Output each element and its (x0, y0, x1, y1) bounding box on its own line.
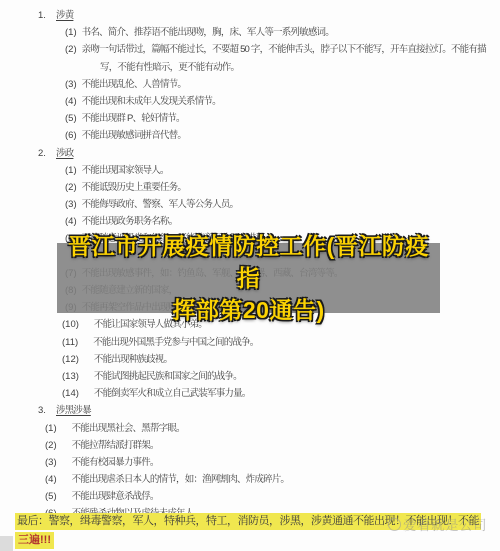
list-item: (3)不能有校园暴力事件。 (0, 454, 500, 471)
section-number: 1. (38, 7, 56, 24)
list-item: (1)不能出现国家领导人。 (0, 162, 500, 179)
watermark-text: 爱看就是公司 (403, 514, 487, 534)
item-number: (4) (45, 471, 57, 488)
item-number: (10) (62, 316, 79, 333)
article-title-overlay: 晋江市开展疫情防控工作(晋江防疫指 挥部第20通告) (57, 243, 440, 313)
watermark: 爱看就是公司 (388, 514, 487, 534)
item-number: (3) (65, 76, 77, 93)
list-item: (5)不能出现肆意杀战俘。 (0, 488, 500, 505)
list-item: (2)不能拉帮结派打群架。 (0, 437, 500, 454)
list-item: (4)不能出现虐杀日本人的情节，如：渔网割肉、炸成碎片。 (0, 471, 500, 488)
section-number: 3. (38, 402, 56, 419)
list-item: (13)不能试图挑起民族和国家之间的战争。 (0, 368, 500, 385)
section-number: 2. (38, 145, 56, 162)
section-header: 1.涉黄 (0, 7, 500, 24)
item-number: (1) (65, 162, 77, 179)
item-text: 不能出现政务职务名称。 (82, 216, 178, 227)
item-text: 不能拉帮结派打群架。 (72, 440, 159, 451)
item-text: 不能出现国家领导人。 (82, 165, 169, 176)
item-text: 不能出现敏感词拼音代替。 (82, 130, 186, 141)
item-number: (5) (45, 488, 57, 505)
item-text: 不能出现黑社会、黑帮字眼。 (72, 423, 185, 434)
section-header: 3.涉黑涉暴 (0, 402, 500, 419)
list-item: 写，不能有性暗示，更不能有动作。 (0, 59, 500, 76)
item-text: 不能出现肆意杀战俘。 (72, 491, 159, 502)
item-number: (2) (65, 179, 77, 196)
list-item: (5)不能出现群 P、轮奸情节。 (0, 110, 500, 127)
list-item: (1)书名、简介、推荐语不能出现吻，胸，床、军人等一系列敏感词。 (0, 24, 500, 41)
item-text: 不能有校园暴力事件。 (72, 457, 159, 468)
item-number: (1) (65, 24, 77, 41)
item-text: 书名、简介、推荐语不能出现吻，胸，床、军人等一系列敏感词。 (82, 27, 334, 38)
list-item: (4)不能出现和未成年人发现关系情节。 (0, 93, 500, 110)
item-number: (12) (62, 351, 79, 368)
list-item: (2)亲吻一句话带过，篇幅不能过长，不要超 50 字，不能伸舌头，脖子以下不能写… (0, 41, 500, 58)
corner-artifact (0, 536, 13, 551)
list-item: (12)不能出现种族歧视。 (0, 351, 500, 368)
watermark-logo-icon (388, 518, 401, 531)
item-text: 不能出现虐杀日本人的情节，如：渔网割肉、炸成碎片。 (72, 474, 290, 485)
document-page: 1.涉黄(1)书名、简介、推荐语不能出现吻，胸，床、军人等一系列敏感词。(2)亲… (0, 0, 500, 551)
item-text-continuation: 写，不能有性暗示，更不能有动作。 (100, 62, 239, 73)
item-number: (1) (45, 420, 57, 437)
item-number: (6) (65, 127, 77, 144)
article-title-line1: 晋江市开展疫情防控工作(晋江防疫指 (57, 230, 440, 294)
item-number: (3) (45, 454, 57, 471)
item-number: (13) (62, 368, 79, 385)
item-text: 不能出现种族歧视。 (94, 354, 172, 365)
section-title: 涉黄 (56, 10, 73, 21)
item-text: 不能出现外国黑手党参与中国之间的战争。 (93, 337, 258, 348)
item-number: (14) (62, 385, 79, 402)
item-text: 不能诋毁历史上重要任务。 (82, 182, 186, 193)
list-item: (6)不能出现敏感词拼音代替。 (0, 127, 500, 144)
list-item: (2)不能诋毁历史上重要任务。 (0, 179, 500, 196)
item-number: (4) (65, 213, 77, 230)
item-number: (3) (65, 196, 77, 213)
section-title: 涉政 (56, 148, 73, 159)
section-header: 2.涉政 (0, 145, 500, 162)
item-text: 不能出现和未成年人发现关系情节。 (82, 96, 221, 107)
list-item: (4)不能出现政务职务名称。 (0, 213, 500, 230)
footer-highlight-line2: 三遍!!! (15, 532, 54, 549)
item-text: 不能侮辱政府、警察、军人等公务人员。 (82, 199, 239, 210)
item-number: (2) (45, 437, 57, 454)
item-text: 不能出现乱伦、人兽情节。 (82, 79, 186, 90)
item-text: 不能试图挑起民族和国家之间的战争。 (94, 371, 242, 382)
list-item: (3)不能出现乱伦、人兽情节。 (0, 76, 500, 93)
item-text: 不能倒卖军火和成立自己武装军事力量。 (94, 388, 251, 399)
list-item: (11)不能出现外国黑手党参与中国之间的战争。 (0, 334, 500, 351)
item-number: (5) (65, 110, 77, 127)
item-number: (2) (65, 41, 77, 58)
item-number: (11) (62, 334, 78, 351)
item-text: 不能出现群 P、轮奸情节。 (82, 113, 185, 124)
item-text: 亲吻一句话带过，篇幅不能过长，不要超 50 字，不能伸舌头，脖子以下不能写，开车… (82, 44, 486, 55)
list-item: (14)不能倒卖军火和成立自己武装军事力量。 (0, 385, 500, 402)
list-item: (3)不能侮辱政府、警察、军人等公务人员。 (0, 196, 500, 213)
article-title-line2: 挥部第20通告) (172, 294, 324, 326)
list-item: (1)不能出现黑社会、黑帮字眼。 (0, 420, 500, 437)
section-title: 涉黑涉暴 (56, 405, 91, 416)
item-number: (4) (65, 93, 77, 110)
